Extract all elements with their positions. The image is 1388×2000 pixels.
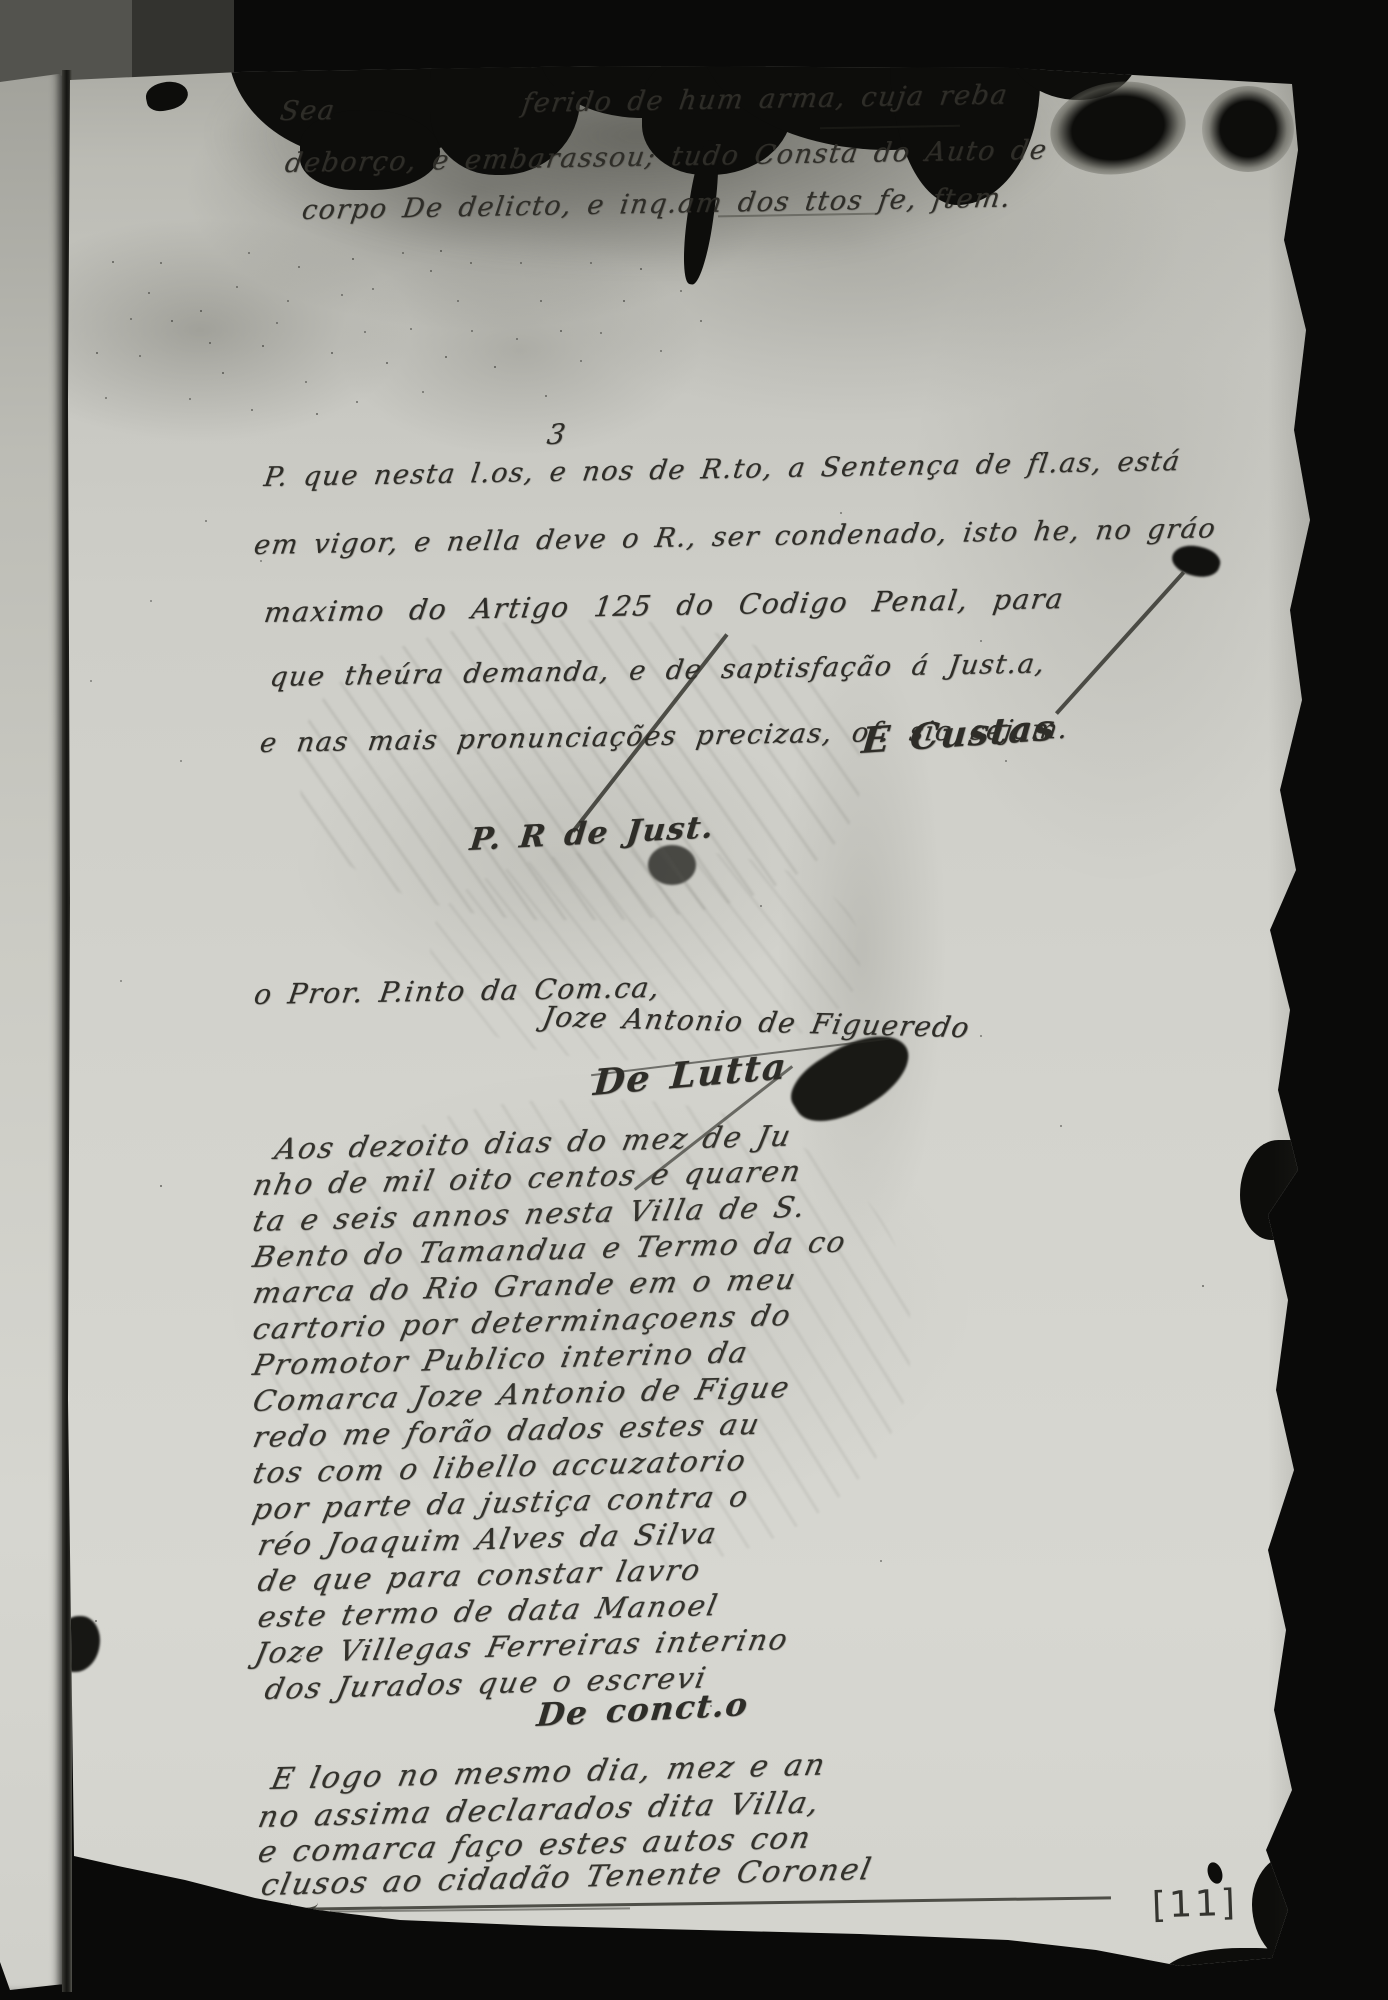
handwritten-line: maximo do Artigo 125 do Codigo Penal, pa…	[262, 582, 1066, 629]
tear-speck	[1205, 1860, 1225, 1885]
page-number: 3	[545, 418, 569, 451]
scanner-background-band	[132, 0, 234, 82]
pen-flourish	[1055, 571, 1185, 715]
ink-stain-small	[144, 78, 191, 114]
folio-number: [11]	[1151, 1883, 1238, 1927]
tear-shadow	[1291, 1883, 1320, 1918]
manuscript-page: Sea ferido de hum arma, cuja reba deborç…	[0, 0, 1388, 2000]
scanned-document: Sea ferido de hum arma, cuja reba deborç…	[0, 0, 1388, 2000]
edge-shading	[1268, 70, 1328, 1970]
handwritten-line: em vigor, e nella deve o R., ser condena…	[252, 513, 1218, 561]
handwritten-line-custas: E Custas	[860, 707, 1058, 762]
handwritten-line: P. que nesta l.os, e nos de R.to, a Sent…	[262, 446, 1183, 493]
handwritten-line: Sea	[278, 95, 338, 127]
flourish-hook	[290, 1894, 318, 1911]
adjacent-page-edge	[0, 72, 64, 1990]
tear-shadow	[1160, 1948, 1320, 2000]
